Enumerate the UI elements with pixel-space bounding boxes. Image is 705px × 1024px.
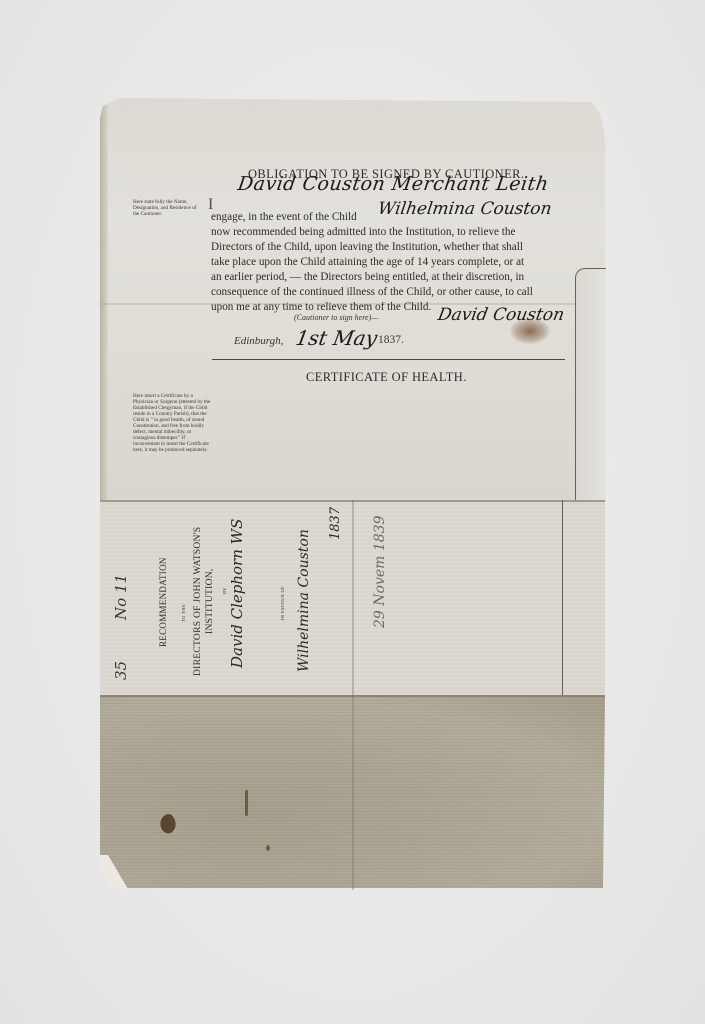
- year-label: 1837.: [378, 334, 404, 346]
- vertical-fold-crease: [352, 500, 354, 890]
- section-divider: [212, 359, 565, 360]
- body-line: an earlier period, — the Directors being…: [211, 270, 533, 285]
- favour-name-handwritten: Wilhelmina Couston: [296, 529, 312, 672]
- to-the-label: TO THE: [181, 604, 186, 622]
- cautioner-handwritten: David Couston Merchant Leith: [236, 173, 550, 195]
- in-favour-of-label: IN FAVOUR OF: [280, 586, 285, 620]
- directors-line-2: INSTITUTION,: [205, 568, 215, 634]
- document-photo: OBLIGATION TO BE SIGNED BY CAUTIONER. He…: [0, 0, 705, 1024]
- cautioner-side-note: Here state fully the Name, Designation, …: [133, 199, 203, 217]
- recommendation-number: No 11: [112, 574, 130, 620]
- directors-line-1: DIRECTORS OF JOHN WATSON'S: [193, 527, 203, 676]
- year-handwritten: 1837: [328, 507, 343, 540]
- date-handwritten: 1st May: [294, 326, 379, 350]
- recommendation-title: RECOMMENDATION: [158, 557, 168, 647]
- paper-right-flap: [575, 268, 606, 501]
- recommender-handwritten: David Clephorn WS: [228, 519, 246, 668]
- index-number-handwritten: 35: [112, 661, 130, 680]
- body-line: Directors of the Child, upon leaving the…: [211, 240, 533, 255]
- ink-stain: [266, 845, 270, 851]
- obligation-body: now recommended being admitted into the …: [211, 225, 533, 315]
- child-name-handwritten: Wilhelmina Couston: [377, 199, 553, 219]
- endorsement-date-handwritten: 29 Novem 1839: [372, 516, 388, 629]
- ink-stain: [245, 790, 248, 816]
- place-label: Edinburgh,: [234, 335, 283, 347]
- sign-here-note: (Cautioner to sign here)—: [294, 313, 378, 322]
- engage-line: engage, in the event of the Child: [211, 210, 357, 225]
- body-line: take place upon the Child attaining the …: [211, 255, 533, 270]
- certificate-heading: CERTIFICATE OF HEALTH.: [306, 370, 467, 385]
- paper-flap-edge: [562, 500, 606, 695]
- body-line: now recommended being admitted into the …: [211, 225, 533, 240]
- body-line: consequence of the continued illness of …: [211, 285, 533, 300]
- certificate-side-note: Here insert a Certificate by a Physician…: [133, 393, 211, 453]
- by-label: BY: [222, 588, 227, 594]
- cautioner-signature: David Couston: [436, 305, 566, 325]
